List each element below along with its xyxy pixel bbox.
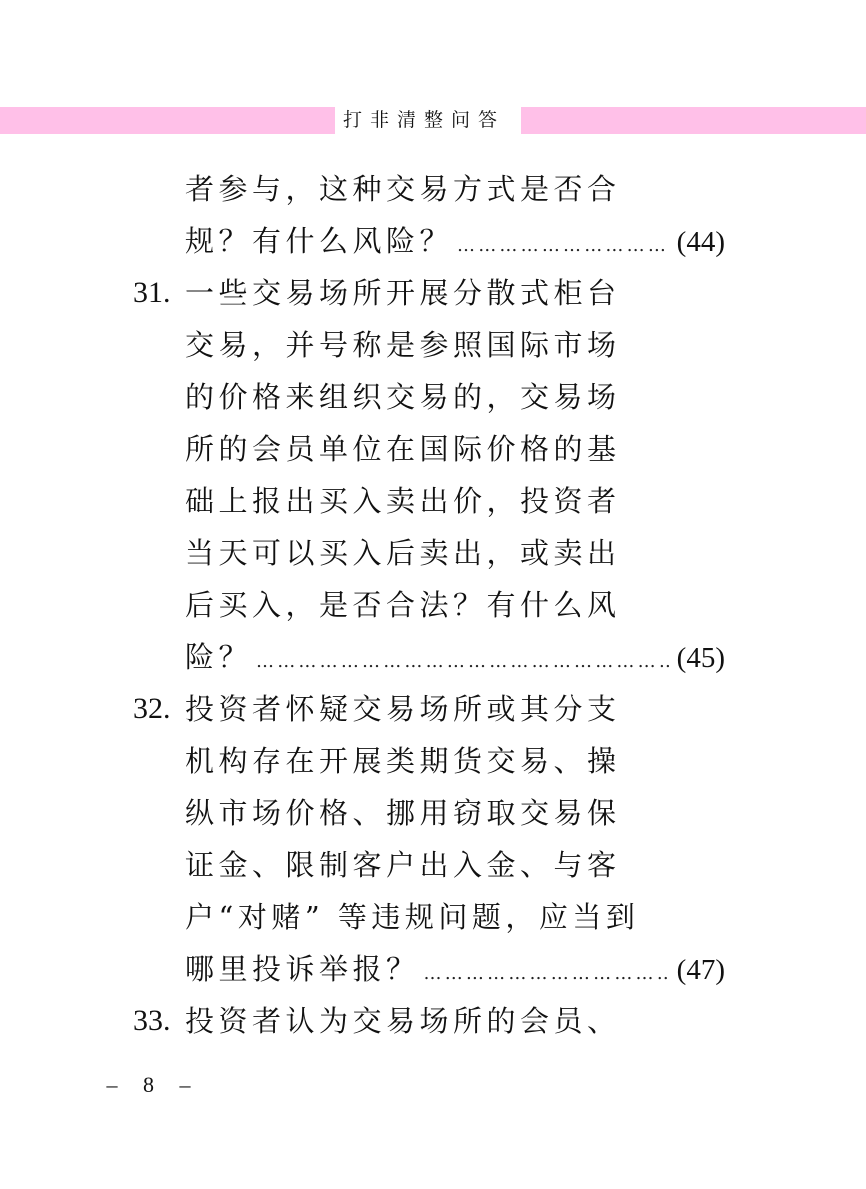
page-number: 8 bbox=[135, 1072, 163, 1098]
toc-q31-line-1: 一些交易场所开展分散式柜台 bbox=[185, 267, 621, 319]
toc-entry-q30-leader[interactable]: 规？有什么风险？ …………………………………………………………………………………… bbox=[185, 215, 725, 267]
toc-entry-q32-leader[interactable]: 哪里投诉举报？ ……………………………………………………………………………………… bbox=[185, 943, 725, 995]
toc-q31-number: 31. bbox=[133, 267, 171, 319]
toc-q33-line-1: 投资者认为交易场所的会员、 bbox=[185, 995, 621, 1047]
toc-q32-last-line: 哪里投诉举报？ bbox=[185, 943, 420, 995]
toc-q31-line-6: 当天可以买入后卖出，或卖出 bbox=[185, 527, 621, 579]
running-header-title: 打非清整问答 bbox=[343, 107, 515, 134]
toc-q30-page-ref: (44) bbox=[677, 216, 725, 268]
header-band-left bbox=[0, 107, 335, 134]
toc-q32-line-2: 机构存在开展类期货交易、操 bbox=[185, 735, 621, 787]
toc-q31-last-line: 险？ bbox=[185, 631, 252, 683]
toc-q32-number: 32. bbox=[133, 683, 171, 735]
toc-q33-number: 33. bbox=[133, 995, 171, 1047]
toc-q31-line-4: 所的会员单位在国际价格的基 bbox=[185, 423, 621, 475]
footer-dash-left: – bbox=[95, 1072, 129, 1098]
toc-q32-line-3: 纵市场价格、挪用窃取交易保 bbox=[185, 787, 621, 839]
toc-q32-line-1: 投资者怀疑交易场所或其分支 bbox=[185, 683, 621, 735]
toc-q31-line-3: 的价格来组织交易的，交易场 bbox=[185, 371, 621, 423]
dot-leader: ……………………………………………………………………………………………… bbox=[424, 948, 669, 1000]
toc-entry-q31-leader[interactable]: 险？ ……………………………………………………………………………………………… … bbox=[185, 631, 725, 683]
toc-q31-line-2: 交易，并号称是参照国际市场 bbox=[185, 319, 621, 371]
toc-q31-page-ref: (45) bbox=[677, 632, 725, 684]
toc-q32-line-5: 户“对赌” 等违规问题，应当到 bbox=[185, 891, 639, 943]
toc-q31-line-5: 础上报出买入卖出价，投资者 bbox=[185, 475, 621, 527]
footer-dash-right: – bbox=[168, 1072, 202, 1098]
dot-leader: ……………………………………………………………………………………………… bbox=[256, 636, 669, 688]
toc-q32-line-4: 证金、限制客户出入金、与客 bbox=[185, 839, 621, 891]
toc-q30-line-1: 者参与，这种交易方式是否合 bbox=[185, 163, 621, 215]
page-footer: – 8 – bbox=[95, 1072, 202, 1098]
toc-q30-last-line: 规？有什么风险？ bbox=[185, 215, 453, 267]
toc-q32-page-ref: (47) bbox=[677, 944, 725, 996]
dot-leader: ……………………………………………………………………………………………… bbox=[457, 220, 669, 272]
header-band-right bbox=[521, 107, 866, 134]
running-header: 打非清整问答 bbox=[0, 107, 866, 134]
toc-q31-line-7: 后买入，是否合法？有什么风 bbox=[185, 579, 621, 631]
